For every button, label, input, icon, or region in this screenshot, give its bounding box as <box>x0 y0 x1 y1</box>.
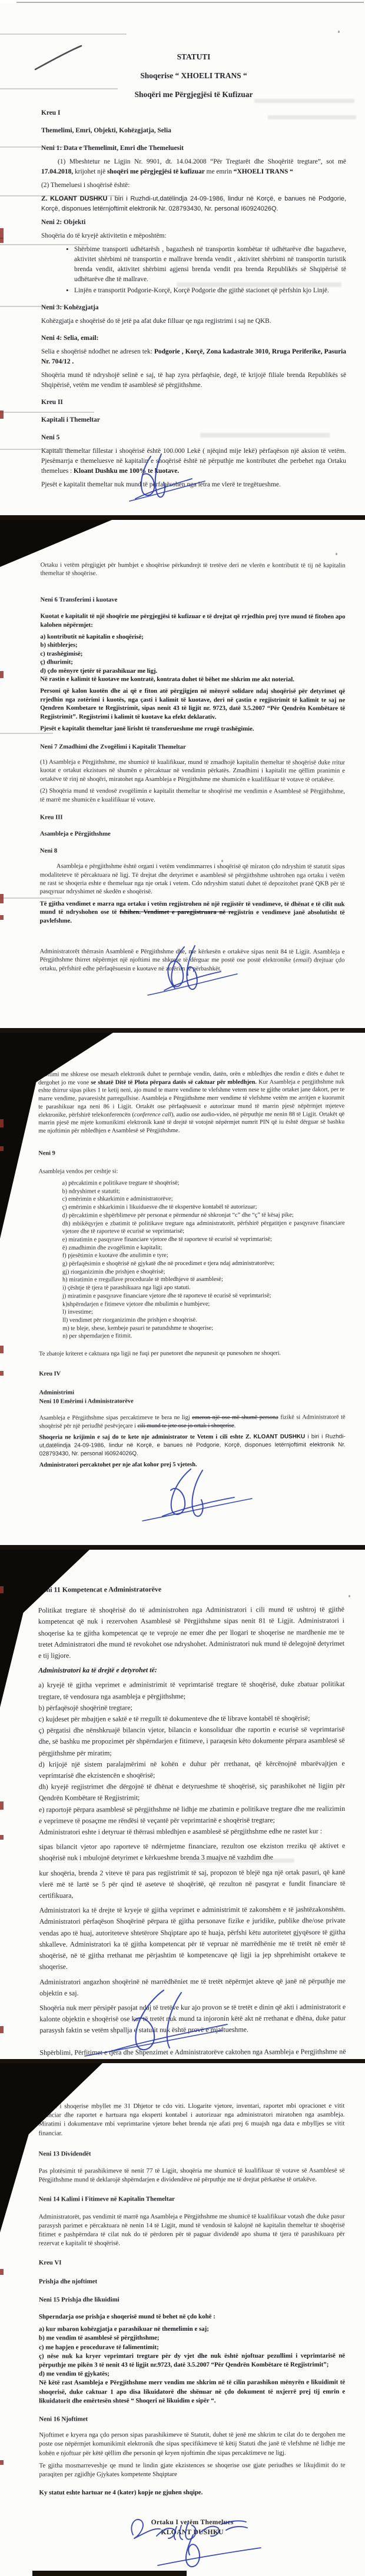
paragraph: (2) Themeluesi i shoqërisë është: <box>41 181 346 191</box>
scan-artifact <box>0 88 118 89</box>
heading: Neni 7 Zmadhimi dhe Zvogëlimi i Kapitali… <box>40 742 345 751</box>
paragraph: Asambleja e përgjithshme është organi i … <box>40 862 345 897</box>
paragraph: Shoqëria mund të ndryshojë selinë e saj,… <box>41 371 346 391</box>
paragraph: Selia e shoqërisë ndodhet ne adresen tek… <box>41 347 346 367</box>
list-item: d) me vendim të gjykatës; <box>39 2370 345 2379</box>
page-1: STATUTIShoqerise “ XHOELI TRANS “Shoqëri… <box>0 4 365 515</box>
paragraph: Shperndarja ose prishja e shoqerisë mund… <box>39 2313 345 2322</box>
page-gap <box>0 1028 365 1033</box>
heading: Kreu III <box>40 813 345 822</box>
list-item: dh) kryejë regjistrimet dhe dërgojnë të … <box>39 1780 345 1804</box>
paragraph: Njoftimet e kryera nga çdo person sipas … <box>39 2431 345 2458</box>
paragraph: Shoqëria nuk merr përsipër pasojat ndaj … <box>39 2001 346 2036</box>
list-item: dh) mbikëqyrjen e zbatimit të politikave… <box>62 1219 345 1236</box>
list-item: f) pjesëtimin e kuotave dhe anulimin e t… <box>62 1252 345 1260</box>
text-run: Selia e shoqërisë ndodhet ne adresen tek… <box>41 348 154 355</box>
paragraph: Administratori percaktohet per nje afat … <box>39 1461 346 1470</box>
heading: Kreu II <box>41 398 346 408</box>
doc-title-line: STATUTI <box>41 52 346 62</box>
paragraph: Kohëzgjatja e shoqërisë do të jetë pa af… <box>41 316 346 326</box>
scan-artifact <box>0 897 62 899</box>
list-item: n) per shperndarjen e fitimit. <box>62 1332 345 1341</box>
scanner-edge-line <box>16 2 364 3</box>
paragraph: Njoftimi me shkrese ose mesazh elektroni… <box>38 1070 344 1135</box>
heading: Neni 14 Kalimi i Fitimeve në Kapitalin T… <box>39 2195 345 2204</box>
list-item: b) shitblerjes; <box>40 641 345 650</box>
list-item: c) trashëgimisë; <box>40 649 345 658</box>
page-4-content: Neni 11 Kompetencat e AdministratorëvePo… <box>0 1550 365 2059</box>
list-item: l) investime; <box>62 1308 345 1317</box>
list-item: ç) emërimin e shkarkimin i likuiduesve d… <box>62 1203 345 1212</box>
list-item: a) kryejë të gjitha veprimet e administr… <box>38 1679 344 1702</box>
list-item: ë) zmadhimin dhe zvogëlimin e kapitalit; <box>62 1243 345 1252</box>
heading: Neni 10 Emërimi i Administratorëve <box>39 1397 345 1406</box>
paragraph: Administratorët thërrasin Asamblenë e Pë… <box>39 947 344 973</box>
paragraph: Shoqëria do të kryejë aktivitetin e mëpo… <box>41 231 346 241</box>
paragraph: Shpërblimi, Përfitimet e tjera dhe Shpen… <box>39 2046 346 2059</box>
list-item: d) krijojë një sistem paralajmërimi në k… <box>39 1758 345 1781</box>
paragraph: Në këtë rast Asambleja e Përgjithshme me… <box>39 2378 345 2406</box>
paragraph: Te gjitha mosmarreveshje qe mund te lind… <box>39 2461 345 2479</box>
paragraph: Te zbatoje kriteret e caktuara nga ligji… <box>39 1349 345 1358</box>
text-run: fshihen. Vendimet e paregjistruara në re <box>120 909 234 916</box>
text-run: . <box>234 1422 236 1429</box>
heading: Neni 16 Njoftimet <box>39 2415 345 2424</box>
text-run: emeron një ose më shumë persona <box>192 1414 278 1420</box>
heading: Asambleja e Përgjithshme <box>40 830 345 839</box>
heading: Neni 9 <box>38 1149 344 1157</box>
scan-artifact <box>0 1146 4 1151</box>
list-item: e) raportojë përpara asamblesë së përgji… <box>39 1803 345 1827</box>
scan-artifact <box>221 860 223 862</box>
paragraph: Bilanci i shoqerise mbyllet me 31 Dhjeto… <box>38 2102 344 2138</box>
list-item: h) miratimin e rregullave procedurale të… <box>62 1276 345 1284</box>
page-gap <box>0 1545 365 1550</box>
heading: Neni 11 Kompetencat e Administratorëve <box>38 1583 344 1596</box>
text-run: email <box>296 957 310 964</box>
scan-artifact <box>268 115 356 119</box>
text-run: KLOANT DUSHKU <box>253 1434 305 1440</box>
scanned-statute-document: STATUTIShoqerise “ XHOELI TRANS “Shoqëri… <box>0 0 365 2576</box>
page-2-content: Ortaku i vetëm përgjigjet për humbjet e … <box>0 520 365 1028</box>
text-run: 17.04.2018, <box>41 168 73 175</box>
list-item: a) kontributit në kapitalin e shoqërisë; <box>40 633 345 642</box>
paragraph: Politikat tregtare të shoqërisë do të ad… <box>38 1604 344 1661</box>
scan-artifact <box>0 671 4 678</box>
paragraph: Administratori angazhon shoqërinë në mar… <box>39 1976 346 1999</box>
page-5: Bilanci i shoqerise mbyllet me 31 Dhjeto… <box>0 2063 365 2576</box>
heading: Themelimi, Emri, Objekti, Kohëzgjatja, S… <box>41 126 346 136</box>
scan-artifact <box>0 733 53 734</box>
heading: Neni 8 <box>40 846 345 855</box>
list-item: d) çdo mënyre tjetër të parashikuar me l… <box>40 666 345 675</box>
page-gap <box>0 515 365 520</box>
scan-artifact <box>177 282 341 287</box>
paragraph: Ortaku i vetëm përgjigjet për humbjet e … <box>41 561 346 579</box>
list-item: k)shpërndarjen e fitimeve vjetore dhe mb… <box>62 1300 345 1309</box>
paragraph: (2) Shoqëria mund të vendosë zvogëlimin … <box>40 787 345 805</box>
list-item: j) miratimin e pasqyrave financiare vjet… <box>62 1292 345 1300</box>
scan-artifact <box>336 553 337 555</box>
signatory-name: KLOANT DUSHKU <box>39 2527 346 2537</box>
list-item: a) kur mbaron kohëzgjatja e parashikuar … <box>39 2325 345 2334</box>
list-item: ç) përgatisi dhe nënshkruajë bilancin vj… <box>39 1724 345 1759</box>
paragraph: Pjesët e kapitalit themeltar nuk mund të… <box>41 480 346 490</box>
text-run: shoqëri me përgjegjësi të kufizuar <box>107 168 205 175</box>
scan-artifact <box>0 244 88 245</box>
heading: Kreu VI <box>39 2258 345 2268</box>
paragraph: Kuotat e kapitalit të një shoqërie me pë… <box>40 612 345 630</box>
paragraph: Administratori ka të drejtë e detyrohet … <box>38 1664 344 1676</box>
list-item: m) te bleje, shese, kembeje pasuri te pa… <box>62 1324 345 1333</box>
list-item: b) ndryshimet e statutit; <box>62 1187 345 1196</box>
paragraph: Administratori eshte i detyruar të thërr… <box>39 1826 345 1838</box>
paragraph: Z. KLOANT DUSHKU i biri i Ruzhdi-ut,datë… <box>41 194 346 214</box>
list-item: b) me vendim të asamblesë së përgjithshm… <box>39 2334 345 2343</box>
scan-artifact <box>338 31 340 33</box>
scan-artifact <box>188 1858 294 1863</box>
scan-artifact <box>0 1801 4 1810</box>
scan-artifact <box>0 238 4 243</box>
page-2: Ortaku i vetëm përgjigjet për humbjet e … <box>0 520 365 1028</box>
page-3-content: Njoftimi me shkrese ose mesazh elektroni… <box>0 1033 365 1545</box>
signatory-name: Ortaku I vetëm Themelues <box>39 2517 346 2527</box>
scan-artifact <box>0 34 127 35</box>
scan-artifact <box>0 2026 4 2033</box>
heading: Neni 4: Selia, email: <box>41 333 346 343</box>
list-item: i) çështje të tjera të parashikuara nga … <box>62 1283 345 1292</box>
paragraph: Të gjitha vendimet e marra nga ortaku i … <box>40 899 345 925</box>
scan-artifact <box>0 411 4 419</box>
paragraph: Administratorët, pas vendimit të marrë n… <box>39 2212 345 2248</box>
text-run: Kloant Dushku me 100% te kuotave. <box>74 468 179 475</box>
list-item: gj) riorganizimin dhe prishjen e shoqëri… <box>62 1267 345 1276</box>
scan-artifact <box>349 1595 350 1597</box>
text-run: krijohet një <box>73 168 107 175</box>
scan-artifact <box>0 306 65 307</box>
scan-artifact <box>0 195 121 196</box>
doc-title-line: Shoqerise “ XHOELI TRANS “ <box>41 71 346 81</box>
text-run: Shoqeria ne krijimin e saj do te kete nj… <box>39 1434 254 1441</box>
scan-artifact <box>0 1586 4 1593</box>
heading: Kapitali i Themeltar <box>41 415 346 425</box>
list-item: d) përcaktimin e shpërblimeve për person… <box>62 1211 345 1220</box>
scan-artifact <box>199 1882 201 1884</box>
paragraph: Asambleja e Përgjithshme sipas percaktim… <box>39 1413 346 1430</box>
paragraph: Ky statut eshte hartuar ne 4 (kater) kop… <box>39 2488 346 2498</box>
heading: Neni 6 Transferimi i kuotave <box>41 595 346 604</box>
text-run: (1) Mbeshtetur ne Ligjin Nr. 9901, dt. 1… <box>58 158 346 165</box>
paragraph: kur shoqëria, brenda 2 viteve të para pa… <box>39 1867 345 1901</box>
text-run: conference call <box>134 1112 171 1118</box>
scan-artifact <box>0 1119 4 1127</box>
heading: Kreu IV <box>39 1369 345 1378</box>
scan-artifact <box>0 449 71 450</box>
scan-artifact <box>0 2269 4 2275</box>
bullet-item: Linjën e transportit Podgorie-Korçë, Kor… <box>66 286 346 296</box>
list-item: ll) vendimet për riorganizimin dhe prish… <box>62 1316 345 1324</box>
paragraph: Pas plotësimit të parashikimeve të nenit… <box>39 2167 345 2185</box>
paragraph: Kapitali themeltar fillestar i shoqërisë… <box>41 446 346 476</box>
text-run: me emrin <box>205 168 234 175</box>
list-item: c) emërimin e shkarkimin e administrator… <box>62 1195 345 1204</box>
page-gap <box>0 2059 365 2063</box>
list-item: c) me hapjen e procedurave të falimentim… <box>39 2343 345 2352</box>
scan-artifact <box>254 99 354 103</box>
paragraph: Shoqeria ne krijimin e saj do te kete nj… <box>39 1433 346 1458</box>
paragraph: Në rastin e kalimit të kuotave me kontra… <box>40 675 345 684</box>
list-item: a) përcaktimin e politikave tregtare të … <box>62 1179 345 1187</box>
list-item: ç) dhurimit; <box>40 658 345 667</box>
scan-artifact <box>0 146 109 148</box>
scan-artifact <box>0 894 4 903</box>
bullet-item: Shërbime transporti udhëtarësh , bagazhe… <box>66 245 346 285</box>
heading: Neni 15 Prishja dhe likuidimi <box>39 2295 345 2304</box>
list-item: e) miratimin e pasqyrave financiare vjet… <box>62 1235 345 1244</box>
heading: Prishja dhe njoftimet <box>39 2277 345 2286</box>
heading: Neni 1: Data e Themelimit, Emri dhe Them… <box>41 144 346 154</box>
list-item: b) përfaqësojë shoqërinë tregtare; <box>38 1701 344 1714</box>
paragraph: Asambleja vendos per ceshtje si: <box>38 1167 344 1176</box>
paragraph: Pjesët e kapitalit themeltar janë lirish… <box>40 725 345 733</box>
scan-artifact <box>0 2460 4 2465</box>
paragraph: (1) Asambleja e Përgjithshme, me shumicë… <box>40 758 345 783</box>
heading: Neni 3: Kohëzgjatja <box>41 303 346 313</box>
page-4: Neni 11 Kompetencat e AdministratorëvePo… <box>0 1550 365 2059</box>
list-item: c) kujdeset për mbajtjen e saktë e të rr… <box>38 1713 344 1725</box>
scan-shadow <box>32 2571 187 2576</box>
heading: Neni 2: Objekti <box>41 218 346 228</box>
text-run: se shtatë Ditë të Plota përpara datës së… <box>91 1079 257 1086</box>
page-5-content: Bilanci i shoqerise mbyllet me 31 Dhjeto… <box>0 2063 365 2576</box>
page-3: Njoftimi me shkrese ose mesazh elektroni… <box>0 1033 365 1545</box>
scan-artifact <box>0 1371 4 1376</box>
scan-artifact <box>0 412 94 413</box>
page-1-content: STATUTIShoqerise “ XHOELI TRANS “Shoqëri… <box>0 4 365 515</box>
paragraph: Personi që kalon kuotën dhe ai që e fito… <box>40 687 345 722</box>
list-item: g) përfaqësimin e shoqërisë në gjykatë d… <box>62 1259 345 1268</box>
heading: Neni 13 Dividendët <box>38 2149 344 2158</box>
list-item: ç) nëse nuk ka kryer veprimtari tregtare… <box>39 2351 345 2370</box>
paragraph: (1) Mbeshtetur ne Ligjin Nr. 9901, dt. 1… <box>41 157 346 177</box>
text-run: Asambleja e Përgjithshme sipas percaktim… <box>39 1414 193 1422</box>
doc-title-line: Shoqëri me Përgjegjësi të Kufizuar <box>41 89 346 99</box>
paragraph: Administratori ka të drejte të kryeje të… <box>39 1904 346 1973</box>
text-run: cili mund te jete ose jo ortak i shoqeri… <box>138 1422 234 1429</box>
scan-artifact <box>0 915 4 920</box>
scan-artifact <box>0 1835 4 1840</box>
scan-artifact <box>0 1346 4 1353</box>
heading: Administrimi <box>39 1388 345 1397</box>
scan-artifact <box>200 433 330 438</box>
text-run: “XHOELI TRANS “ <box>234 168 293 175</box>
